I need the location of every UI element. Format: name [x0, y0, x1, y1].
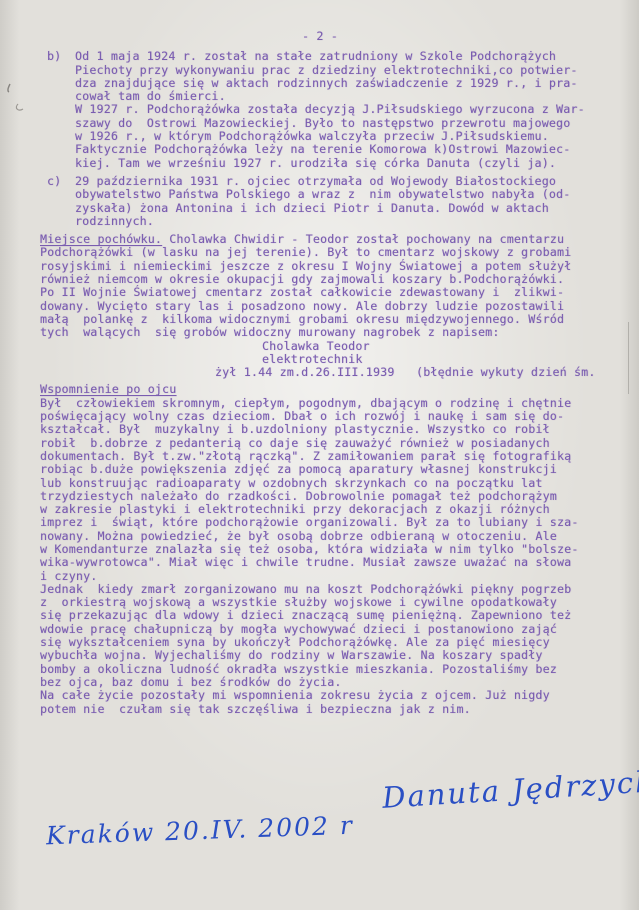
memoir-text: Był człowiekiem skromnym, ciepłym, pogod… — [40, 397, 615, 716]
paper-crease — [628, 322, 629, 394]
list-item-c: c) 29 października 1931 r. ojciec otrzym… — [47, 175, 615, 228]
list-item-c-text: 29 października 1931 r. ojciec otrzymała… — [75, 175, 570, 228]
list-item-b-label: b) — [47, 50, 75, 170]
list-item-b-text: Od 1 maja 1924 r. został na stałe zatrud… — [75, 50, 585, 170]
burial-section: Miejsce pochówku. Cholawka Chwidir - Teo… — [40, 233, 615, 379]
memoir-section: Wspomnienie po ojcu Był człowiekiem skro… — [40, 383, 615, 715]
scanned-document-page: - 2 - b) Od 1 maja 1924 r. został na sta… — [0, 0, 639, 910]
handwritten-place-date: Kraków 20.IV. 2002 r — [46, 811, 355, 851]
burial-text: Podchorążówki (w lasku na jej terenie). … — [40, 246, 615, 339]
pencil-mark — [4, 82, 30, 116]
memoir-heading: Wspomnienie po ojcu — [40, 383, 615, 396]
page-number: - 2 - — [40, 30, 600, 43]
list-item-b: b) Od 1 maja 1924 r. został na stałe zat… — [47, 50, 615, 170]
list-item-c-label: c) — [47, 175, 75, 228]
grave-inscription-dates: żył 1.44 zm.d.26.III.1939 (błędnie wykut… — [215, 366, 615, 379]
grave-inscription-name: Cholawka Teodor — [262, 340, 615, 353]
handwritten-signature: Danuta Jędrzycka — [381, 763, 639, 815]
